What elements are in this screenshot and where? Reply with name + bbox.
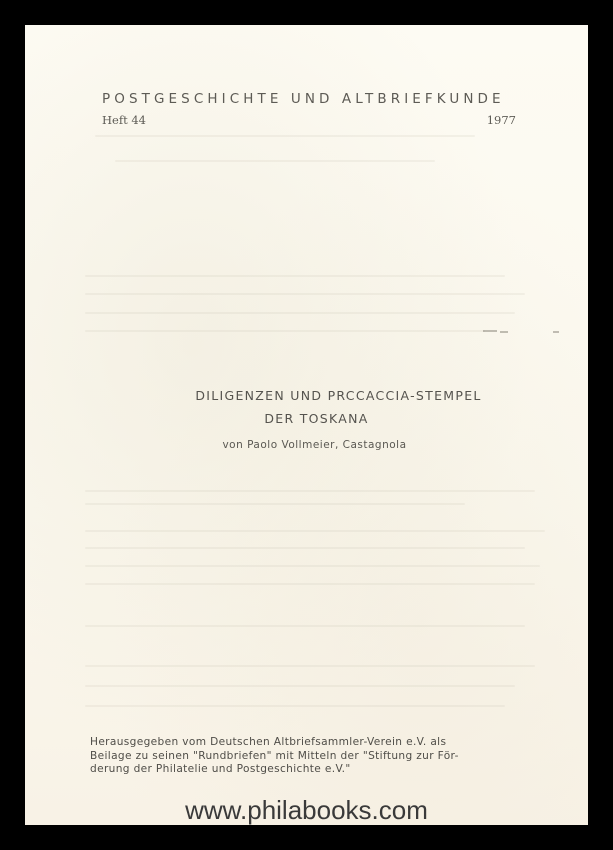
publisher-note-line: derung der Philatelie und Postgeschichte… <box>90 763 540 777</box>
publication-year: 1977 <box>487 113 516 127</box>
document-title-line-1: DILIGENZEN UND PRCCACCIA-STEMPEL <box>57 388 588 403</box>
show-through-line <box>85 312 515 314</box>
stray-mark <box>483 330 497 332</box>
show-through-line <box>85 685 515 687</box>
show-through-line <box>85 583 535 585</box>
show-through-line <box>85 530 545 532</box>
publisher-note: Herausgegeben vom Deutschen Altbriefsamm… <box>90 736 540 777</box>
show-through-line <box>115 160 435 162</box>
show-through-line <box>85 547 525 549</box>
stray-mark <box>500 331 508 333</box>
publisher-note-line: Beilage zu seinen "Rundbriefen" mit Mitt… <box>90 750 540 764</box>
show-through-line <box>85 665 535 667</box>
show-through-line <box>85 490 535 492</box>
author-byline: von Paolo Vollmeier, Castagnola <box>33 439 588 451</box>
show-through-line <box>85 293 525 295</box>
issue-number: Heft 44 <box>102 113 146 127</box>
show-through-line <box>85 625 525 627</box>
show-through-line <box>85 565 540 567</box>
scanned-page: POSTGESCHICHTE UND ALTBRIEFKUNDE Heft 44… <box>25 25 588 825</box>
show-through-line <box>95 135 475 137</box>
show-through-line <box>85 705 505 707</box>
show-through-line <box>85 503 465 505</box>
show-through-line <box>85 275 505 277</box>
show-through-line <box>85 330 485 332</box>
website-watermark: www.philabooks.com <box>25 795 588 825</box>
publisher-note-line: Herausgegeben vom Deutschen Altbriefsamm… <box>90 736 540 750</box>
series-title: POSTGESCHICHTE UND ALTBRIEFKUNDE <box>102 91 517 107</box>
document-title-line-2: DER TOSKANA <box>35 411 588 426</box>
stray-mark <box>553 331 559 333</box>
